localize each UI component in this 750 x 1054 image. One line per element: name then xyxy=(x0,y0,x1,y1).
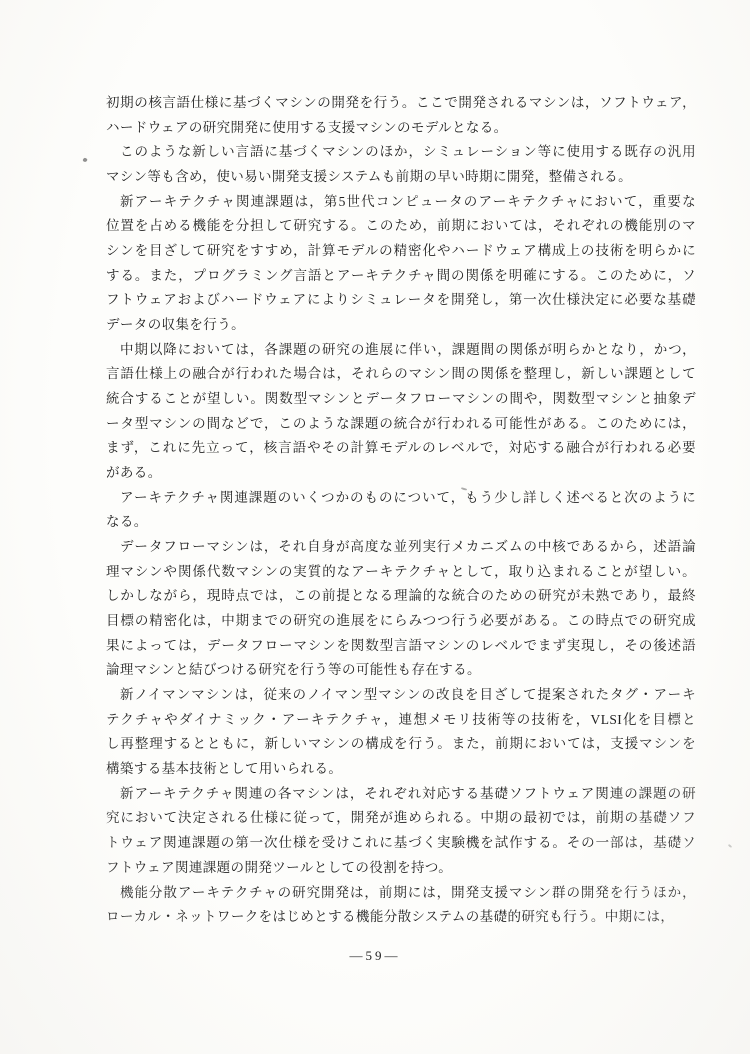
text-line: なる。 xyxy=(106,510,696,535)
text-line: シンを目ざして研究をすすめ，計算モデルの精密化やハードウェア構成上の技術を明らか… xyxy=(106,239,696,264)
text-line: 統合することが望しい。関数型マシンとデータフローマシンの間や，関数型マシンと抽象… xyxy=(106,387,696,412)
page-number: —59— xyxy=(0,948,750,964)
text-line: し再整理するとともに，新しいマシンの構成を行う。また，前期においては，支援マシン… xyxy=(106,732,696,757)
text-line: 位置を占める機能を分担して研究する。このため，前期においては，それぞれの機能別の… xyxy=(106,214,696,239)
text-line: データフローマシンは，それ自身が高度な並列実行メカニズムの中核であるから，述語論 xyxy=(106,535,696,560)
text-line: フトウェア関連課題の開発ツールとしての役割を持つ。 xyxy=(106,856,696,881)
text-line: 機能分散アーキテクチャの研究開発は，前期には，開発支援マシン群の開発を行うほか， xyxy=(106,881,696,906)
text-line: データの収集を行う。 xyxy=(106,313,696,338)
text-line: がある。 xyxy=(106,461,696,486)
text-line: 新ノイマンマシンは，従来のノイマン型マシンの改良を目ざして提案されたタグ・アーキ xyxy=(106,683,696,708)
text-line: 言語仕様上の融合が行われた場合は，それらのマシン間の関係を整理し，新しい課題とし… xyxy=(106,362,696,387)
scanned-document-page: 初期の核言語仕様に基づくマシンの開発を行う。ここで開発されるマシンは，ソフトウェ… xyxy=(0,0,750,1054)
text-line: 構築する基本技術として用いられる。 xyxy=(106,757,696,782)
text-line: 新アーキテクチャ関連課題は，第5世代コンピュータのアーキテクチャにおいて，重要な xyxy=(106,190,696,215)
body-text: 初期の核言語仕様に基づくマシンの開発を行う。ここで開発されるマシンは，ソフトウェ… xyxy=(106,91,696,930)
text-line: ータ型マシンの間などで，このような課題の統合が行われる可能性がある。このためには… xyxy=(106,412,696,437)
text-line: アーキテクチャ関連課題のいくつかのものについて，もう少し詳しく述べると次のように xyxy=(106,486,696,511)
text-line: 新アーキテクチャ関連の各マシンは，それぞれ対応する基礎ソフトウェア関連の課題の研 xyxy=(106,782,696,807)
text-line: 究において決定される仕様に従って，開発が進められる。中期の最初では，前期の基礎ソ… xyxy=(106,806,696,831)
text-line: 目標の精密化は，中期までの研究の進展をにらみつつ行う必要がある。この時点での研究… xyxy=(106,609,696,634)
text-line: 論理マシンと結びつける研究を行う等の可能性も存在する。 xyxy=(106,658,696,683)
text-line: ローカル・ネットワークをはじめとする機能分散システムの基礎的研究も行う。中期には… xyxy=(106,905,696,930)
text-line: フトウェアおよびハードウェアによりシミュレータを開発し，第一次仕様決定に必要な基… xyxy=(106,288,696,313)
text-line: する。また，プログラミング言語とアーキテクチャ間の関係を明確にする。このために，… xyxy=(106,264,696,289)
text-line: 初期の核言語仕様に基づくマシンの開発を行う。ここで開発されるマシンは，ソフトウェ… xyxy=(106,91,696,116)
text-line: ハードウェアの研究開発に使用する支援マシンのモデルとなる。 xyxy=(106,116,696,141)
text-line: まず，これに先立って，核言語やその計算モデルのレベルで，対応する融合が行われる必… xyxy=(106,436,696,461)
text-line: しかしながら，現時点では，この前提となる理論的な統合のための研究が未熟であり，最… xyxy=(106,584,696,609)
text-line: トウェア関連課題の第一次仕様を受けこれに基づく実験機を試作する。その一部は，基礎… xyxy=(106,831,696,856)
scan-speck xyxy=(728,844,732,848)
text-line: 果によっては，データフローマシンを関数型言語マシンのレベルでまず実現し，その後述… xyxy=(106,634,696,659)
scan-speck xyxy=(82,157,88,163)
text-line: マシン等も含め，使い易い開発支援システムも前期の早い時期に開発，整備される。 xyxy=(106,165,696,190)
text-line: 理マシンや関係代数マシンの実質的なアーキテクチャとして，取り込まれることが望しい… xyxy=(106,560,696,585)
text-line: テクチャやダイナミック・アーキテクチャ，連想メモリ技術等の技術を，VLSI化を目… xyxy=(106,708,696,733)
text-line: このような新しい言語に基づくマシンのほか，シミュレーション等に使用する既存の汎用 xyxy=(106,140,696,165)
text-line: 中期以降においては，各課題の研究の進展に伴い，課題間の関係が明らかとなり，かつ， xyxy=(106,338,696,363)
